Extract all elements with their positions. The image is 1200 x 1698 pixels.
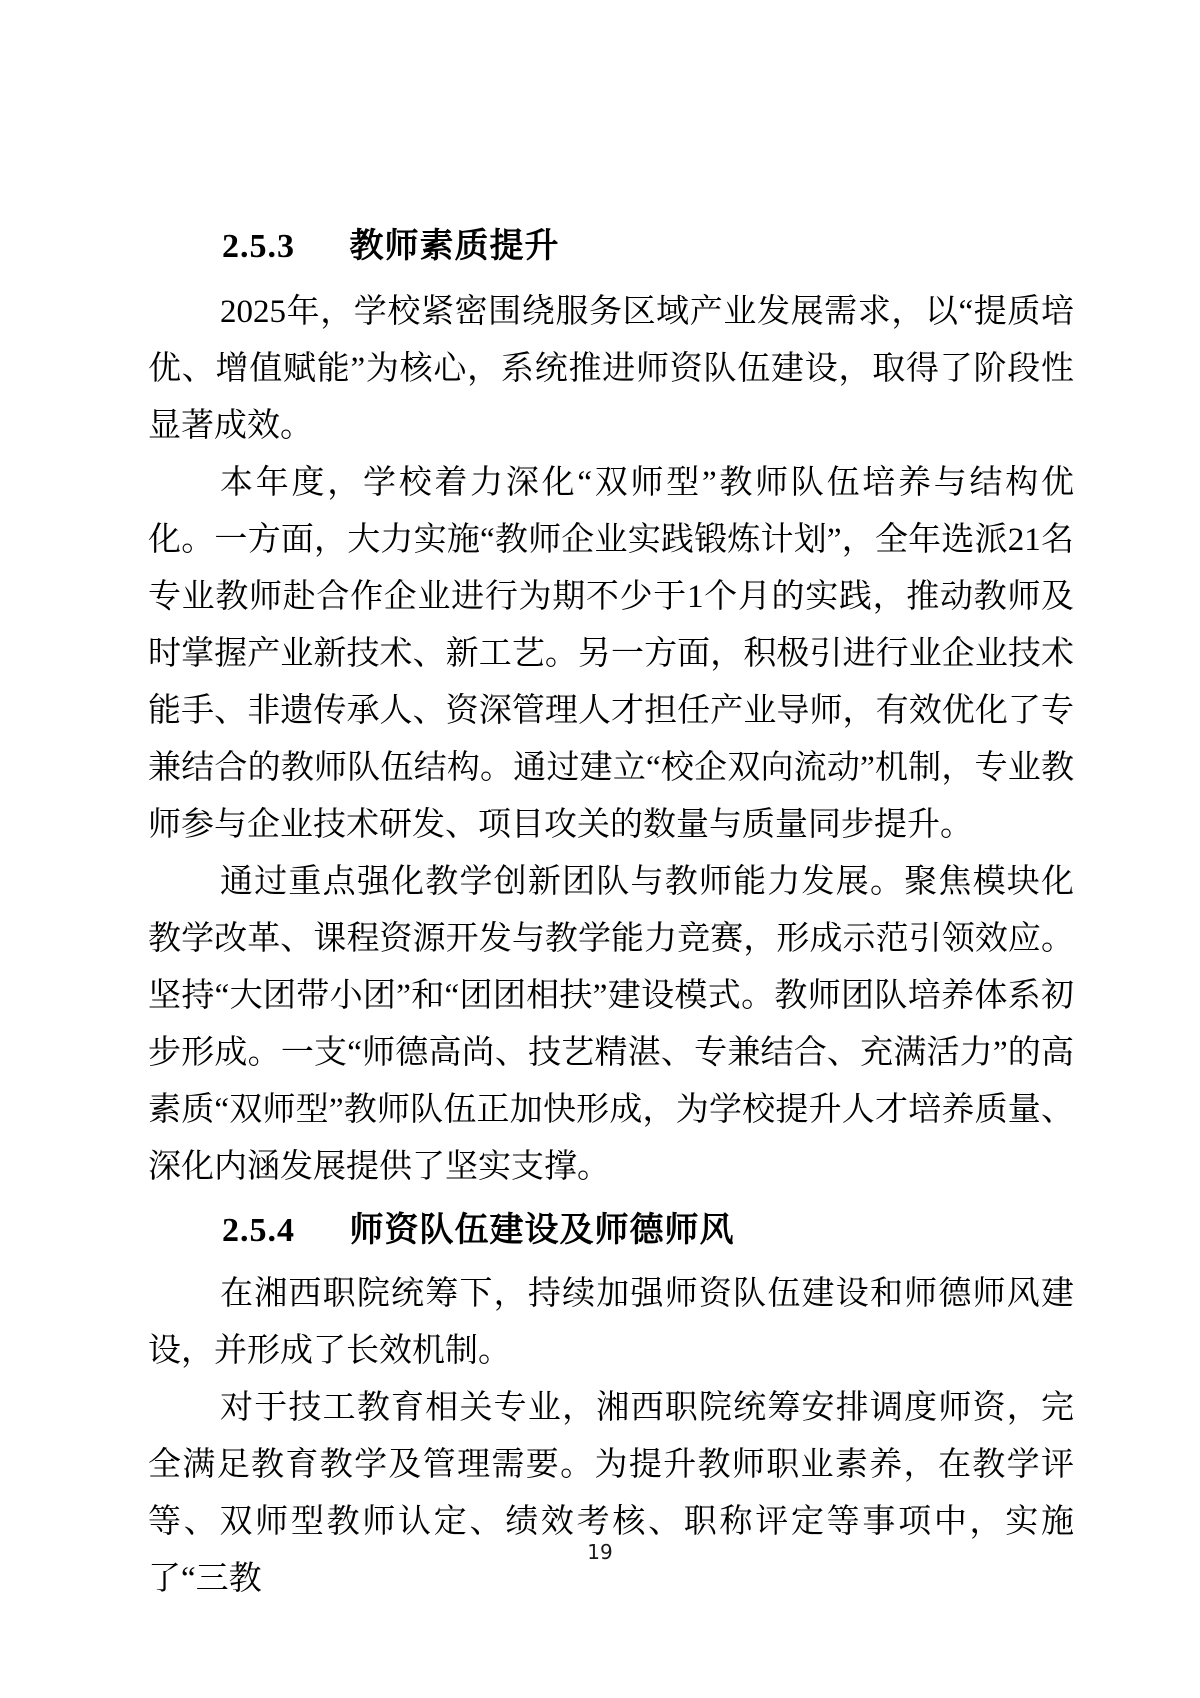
section-title: 教师素质提升 [350,226,560,266]
paragraph: 对于技工教育相关专业，湘西职院统筹安排调度师资，完全满足教育教学及管理需要。为提… [148,1380,1074,1608]
section-number: 2.5.4 [222,1212,295,1249]
section-title: 师资队伍建设及师德师风 [350,1210,735,1250]
paragraph: 通过重点强化教学创新团队与教师能力发展。聚焦模块化教学改革、课程资源开发与教学能… [148,854,1074,1196]
paragraph: 在湘西职院统筹下，持续加强师资队伍建设和师德师风建设，并形成了长效机制。 [148,1266,1074,1380]
section-heading-2-5-3: 2.5.3 教师素质提升 [148,218,1074,275]
paragraph: 本年度，学校着力深化“双师型”教师队伍培养与结构优化。一方面，大力实施“教师企业… [148,455,1074,854]
document-page: 2.5.3 教师素质提升 2025年，学校紧密围绕服务区域产业发展需求，以“提质… [0,0,1200,1698]
paragraph: 2025年，学校紧密围绕服务区域产业发展需求，以“提质培优、增值赋能”为核心，系… [148,284,1074,455]
page-content: 2.5.3 教师素质提升 2025年，学校紧密围绕服务区域产业发展需求，以“提质… [148,218,1074,1608]
page-number: 19 [0,1538,1200,1566]
section-heading-2-5-4: 2.5.4 师资队伍建设及师德师风 [148,1202,1074,1259]
section-number: 2.5.3 [222,228,295,265]
